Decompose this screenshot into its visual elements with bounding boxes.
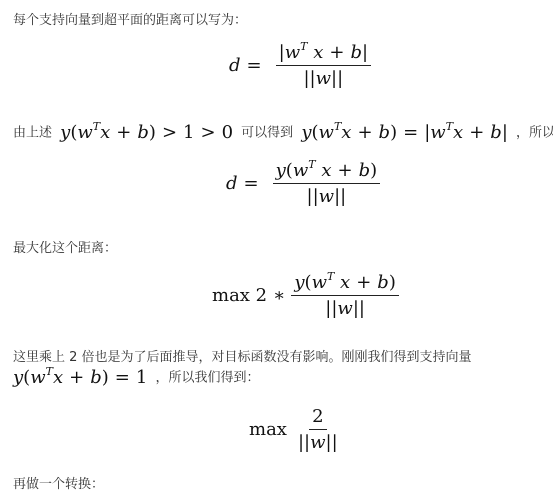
equation-max-2: max 2 ∗ y(wT x+b) ||w|| [212,272,399,319]
inline-math-inequality: y(wTx+b)>1>0 [60,124,233,142]
equation-distance: d = |wT x+b| ||w|| [229,42,371,89]
inline-math-support-vector: y(wTx+b)=1 [13,369,147,387]
math-denominator: ||w|| [304,184,350,207]
text-can-get: 可以得到 [241,126,293,141]
paragraph-transform: 再做一个转换： [13,476,104,494]
paragraph-maximize: 最大化这个距离： [13,240,117,258]
math-numerator: y(wT x+b) [273,160,381,184]
inline-math-abs-equality: y(wTx+b)=|wTx+b| [301,124,508,142]
math-denominator: ||w|| [322,296,368,319]
equation-max-simplified: max 2 ||w|| [249,406,341,453]
paragraph-derivation: 由上述 y(wTx+b)>1>0 可以得到 y(wTx+b)=|wTx+b| ，… [13,124,553,143]
math-max: max 2 [212,285,267,306]
paragraph-explanation-line2: y(wTx+b)=1 ，所以我们得到： [13,369,259,388]
equation-distance-y: d = y(wT x+b) ||w|| [226,160,380,207]
text-so-we-get: ，所以我们得到： [516,126,553,141]
text-so-we-get: ，所以我们得到： [155,371,259,386]
math-fraction: 2 ||w|| [295,406,341,453]
math-numerator: 2 [309,406,326,430]
math-denominator: ||w|| [300,66,346,89]
math-fraction: |wT x+b| ||w|| [276,42,371,89]
math-times: ∗ [273,285,285,306]
math-denominator: ||w|| [295,430,341,453]
paragraph-distance-intro: 每个支持向量到超平面的距离可以写为： [13,12,247,30]
math-fraction: y(wT x+b) ||w|| [273,160,381,207]
math-var-d: d [226,173,238,194]
math-numerator: y(wT x+b) [291,272,399,296]
math-numerator: |wT x+b| [276,42,371,66]
math-equals: = [244,173,259,194]
math-max: max [249,419,287,440]
math-equals: = [247,55,262,76]
text-from-above: 由上述 [13,126,52,141]
paragraph-explanation: 这里乘上 2 倍也是为了后面推导，对目标函数没有影响。刚刚我们得到支持向量 [13,349,472,367]
math-fraction: y(wT x+b) ||w|| [291,272,399,319]
math-var-d: d [229,55,241,76]
